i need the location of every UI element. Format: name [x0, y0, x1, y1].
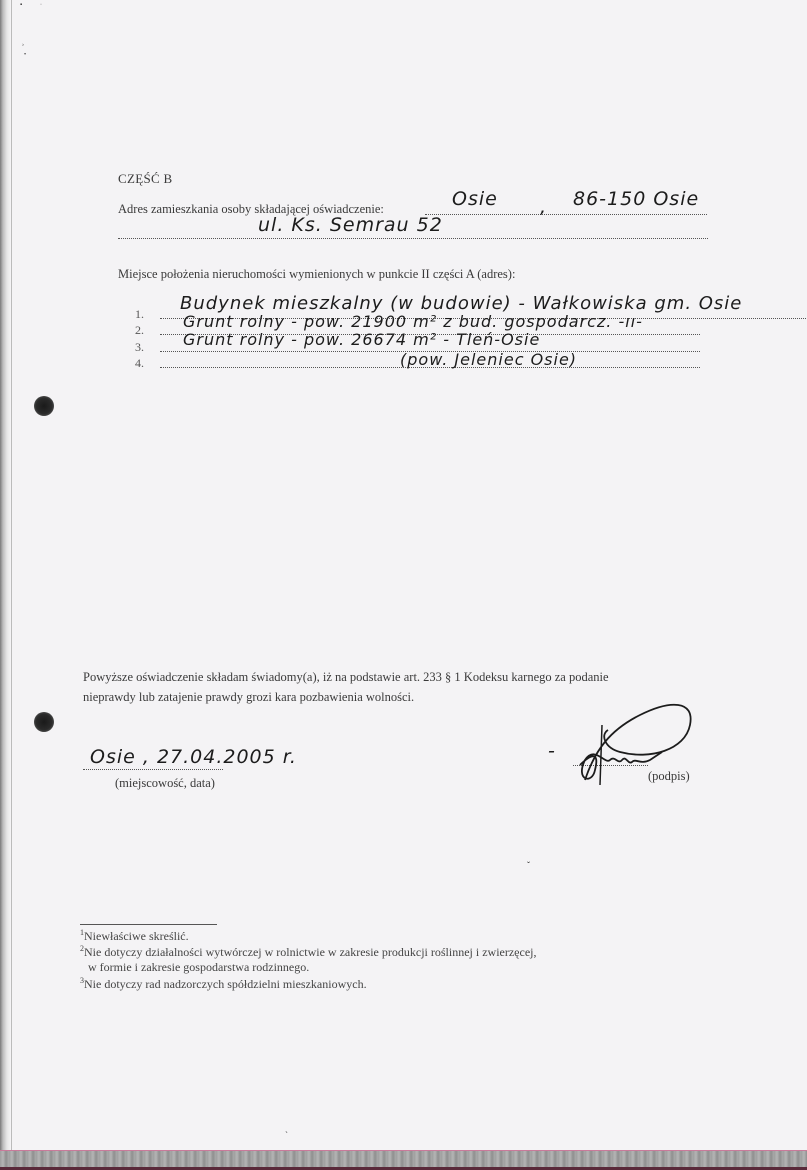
- footnote-separator: [80, 924, 217, 925]
- footnote-2-continued: w formie i zakresie gospodarstwa rodzinn…: [88, 960, 309, 975]
- scan-speck: `: [285, 1130, 288, 1140]
- address-comma-handwritten: ,: [540, 196, 547, 218]
- declaration-line-2: nieprawdy lub zatajenie prawdy grozi kar…: [83, 690, 414, 705]
- address-line-2: [118, 238, 708, 239]
- property-location-label: Miejsce położenia nieruchomości wymienio…: [118, 267, 515, 282]
- property-item-4-handwritten: (pow. Jeleniec Osie): [400, 350, 577, 369]
- footnote-1: 1Niewłaściwe skreślić.: [80, 928, 189, 944]
- scan-edge-left: [0, 0, 10, 1170]
- scan-speck: •: [24, 52, 26, 58]
- place-date-line: [83, 769, 223, 770]
- footnote-text: Nie dotyczy działalności wytwórczej w ro…: [84, 945, 537, 959]
- footnote-text: w formie i zakresie gospodarstwa rodzinn…: [88, 960, 309, 974]
- scan-speck: ▪: [20, 2, 22, 8]
- property-item-1-handwritten: Budynek mieszkalny (w budowie) - Wałkowi…: [180, 293, 742, 314]
- property-item-2-handwritten: Grunt rolny - pow. 21900 m² z bud. gospo…: [183, 312, 643, 331]
- place-date-handwritten: Osie , 27.04.2005 r.: [90, 746, 297, 768]
- footnote-text: Niewłaściwe skreślić.: [84, 929, 189, 943]
- address-street-handwritten: ul. Ks. Semrau 52: [258, 214, 443, 236]
- scan-edge-line: [11, 0, 12, 1155]
- signature-caption: (podpis): [648, 769, 690, 784]
- punch-hole: [34, 396, 54, 416]
- place-date-caption: (miejscowość, data): [115, 776, 215, 791]
- address-line-1: [425, 214, 707, 215]
- declaration-line-1: Powyższe oświadczenie składam świadomy(a…: [83, 670, 609, 685]
- scan-speck: ·: [40, 2, 42, 8]
- footnote-3: 3Nie dotyczy rad nadzorczych spółdzielni…: [80, 976, 367, 992]
- property-item-number: 2.: [135, 323, 144, 338]
- address-city-handwritten: Osie: [452, 188, 498, 210]
- footnote-2: 2Nie dotyczy działalności wytwórczej w r…: [80, 944, 537, 960]
- footnote-text: Nie dotyczy rad nadzorczych spółdzielni …: [84, 977, 367, 991]
- address-postal-handwritten: 86-150 Osie: [573, 188, 699, 210]
- property-item-number: 3.: [135, 340, 144, 355]
- punch-hole: [34, 712, 54, 732]
- property-item-number: 4.: [135, 356, 144, 371]
- property-item-number: 1.: [135, 307, 144, 322]
- section-heading: CZĘŚĆ B: [118, 171, 172, 187]
- scan-speck: ˇ: [527, 860, 530, 870]
- property-item-3-handwritten: Grunt rolny - pow. 26674 m² - Tleń-Osie: [183, 330, 540, 349]
- scan-speck: ›: [22, 42, 24, 48]
